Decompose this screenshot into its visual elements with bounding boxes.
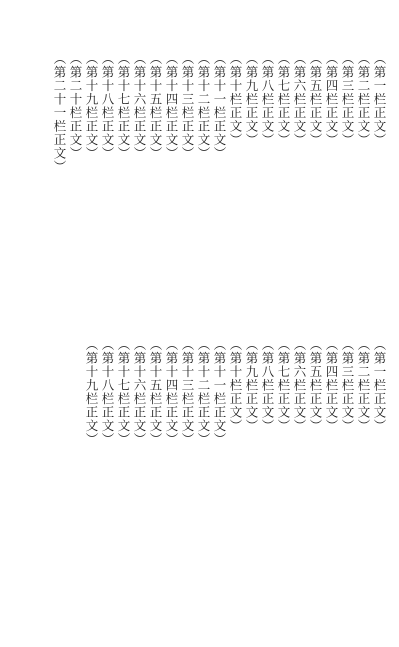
text-column: （第十三栏正文） (179, 338, 195, 590)
text-column: （第十四栏正文） (163, 338, 179, 590)
text-column: （第三栏正文） (339, 338, 355, 590)
text-column: （第八栏正文） (259, 52, 275, 302)
text-column: （第十二栏正文） (195, 52, 211, 302)
text-column: （第二十栏正文） (67, 52, 83, 302)
text-column: （第十八栏正文） (99, 52, 115, 302)
text-block-bottom: （第一栏正文） （第二栏正文） （第三栏正文） （第四栏正文） （第五栏正文） … (83, 338, 387, 590)
text-column: （第十七栏正文） (115, 338, 131, 590)
text-column: （第四栏正文） (323, 338, 339, 590)
text-column: （第十六栏正文） (131, 338, 147, 590)
text-column: （第十四栏正文） (163, 52, 179, 302)
text-column: （第十七栏正文） (115, 52, 131, 302)
text-column: （第十五栏正文） (147, 52, 163, 302)
text-column: （第三栏正文） (339, 52, 355, 302)
text-column: （第四栏正文） (323, 52, 339, 302)
text-column: （第九栏正文） (243, 52, 259, 302)
text-column: （第一栏正文） (371, 52, 387, 302)
text-column: （第八栏正文） (259, 338, 275, 590)
text-column: （第十六栏正文） (131, 52, 147, 302)
text-column: （第二栏正文） (355, 338, 371, 590)
text-column: （第十九栏正文） (83, 338, 99, 590)
text-column: （第二栏正文） (355, 52, 371, 302)
text-column: （第六栏正文） (291, 52, 307, 302)
text-column: （第十一栏正文） (211, 338, 227, 590)
text-column: （第十栏正文） (227, 338, 243, 590)
text-column: （第十一栏正文） (211, 52, 227, 302)
text-column: （第十栏正文） (227, 52, 243, 302)
text-column: （第十二栏正文） (195, 338, 211, 590)
text-column: （第十九栏正文） (83, 52, 99, 302)
text-column: （第五栏正文） (307, 338, 323, 590)
text-column: （第七栏正文） (275, 52, 291, 302)
text-column: （第一栏正文） (371, 338, 387, 590)
text-column: （第六栏正文） (291, 338, 307, 590)
text-column: （第七栏正文） (275, 338, 291, 590)
text-column: （第二十一栏正文） (51, 52, 67, 302)
text-block-top: （第一栏正文） （第二栏正文） （第三栏正文） （第四栏正文） （第五栏正文） … (51, 52, 387, 302)
text-column: （第十五栏正文） (147, 338, 163, 590)
text-column: （第五栏正文） (307, 52, 323, 302)
text-column: （第十八栏正文） (99, 338, 115, 590)
text-column: （第十三栏正文） (179, 52, 195, 302)
text-column: （第九栏正文） (243, 338, 259, 590)
